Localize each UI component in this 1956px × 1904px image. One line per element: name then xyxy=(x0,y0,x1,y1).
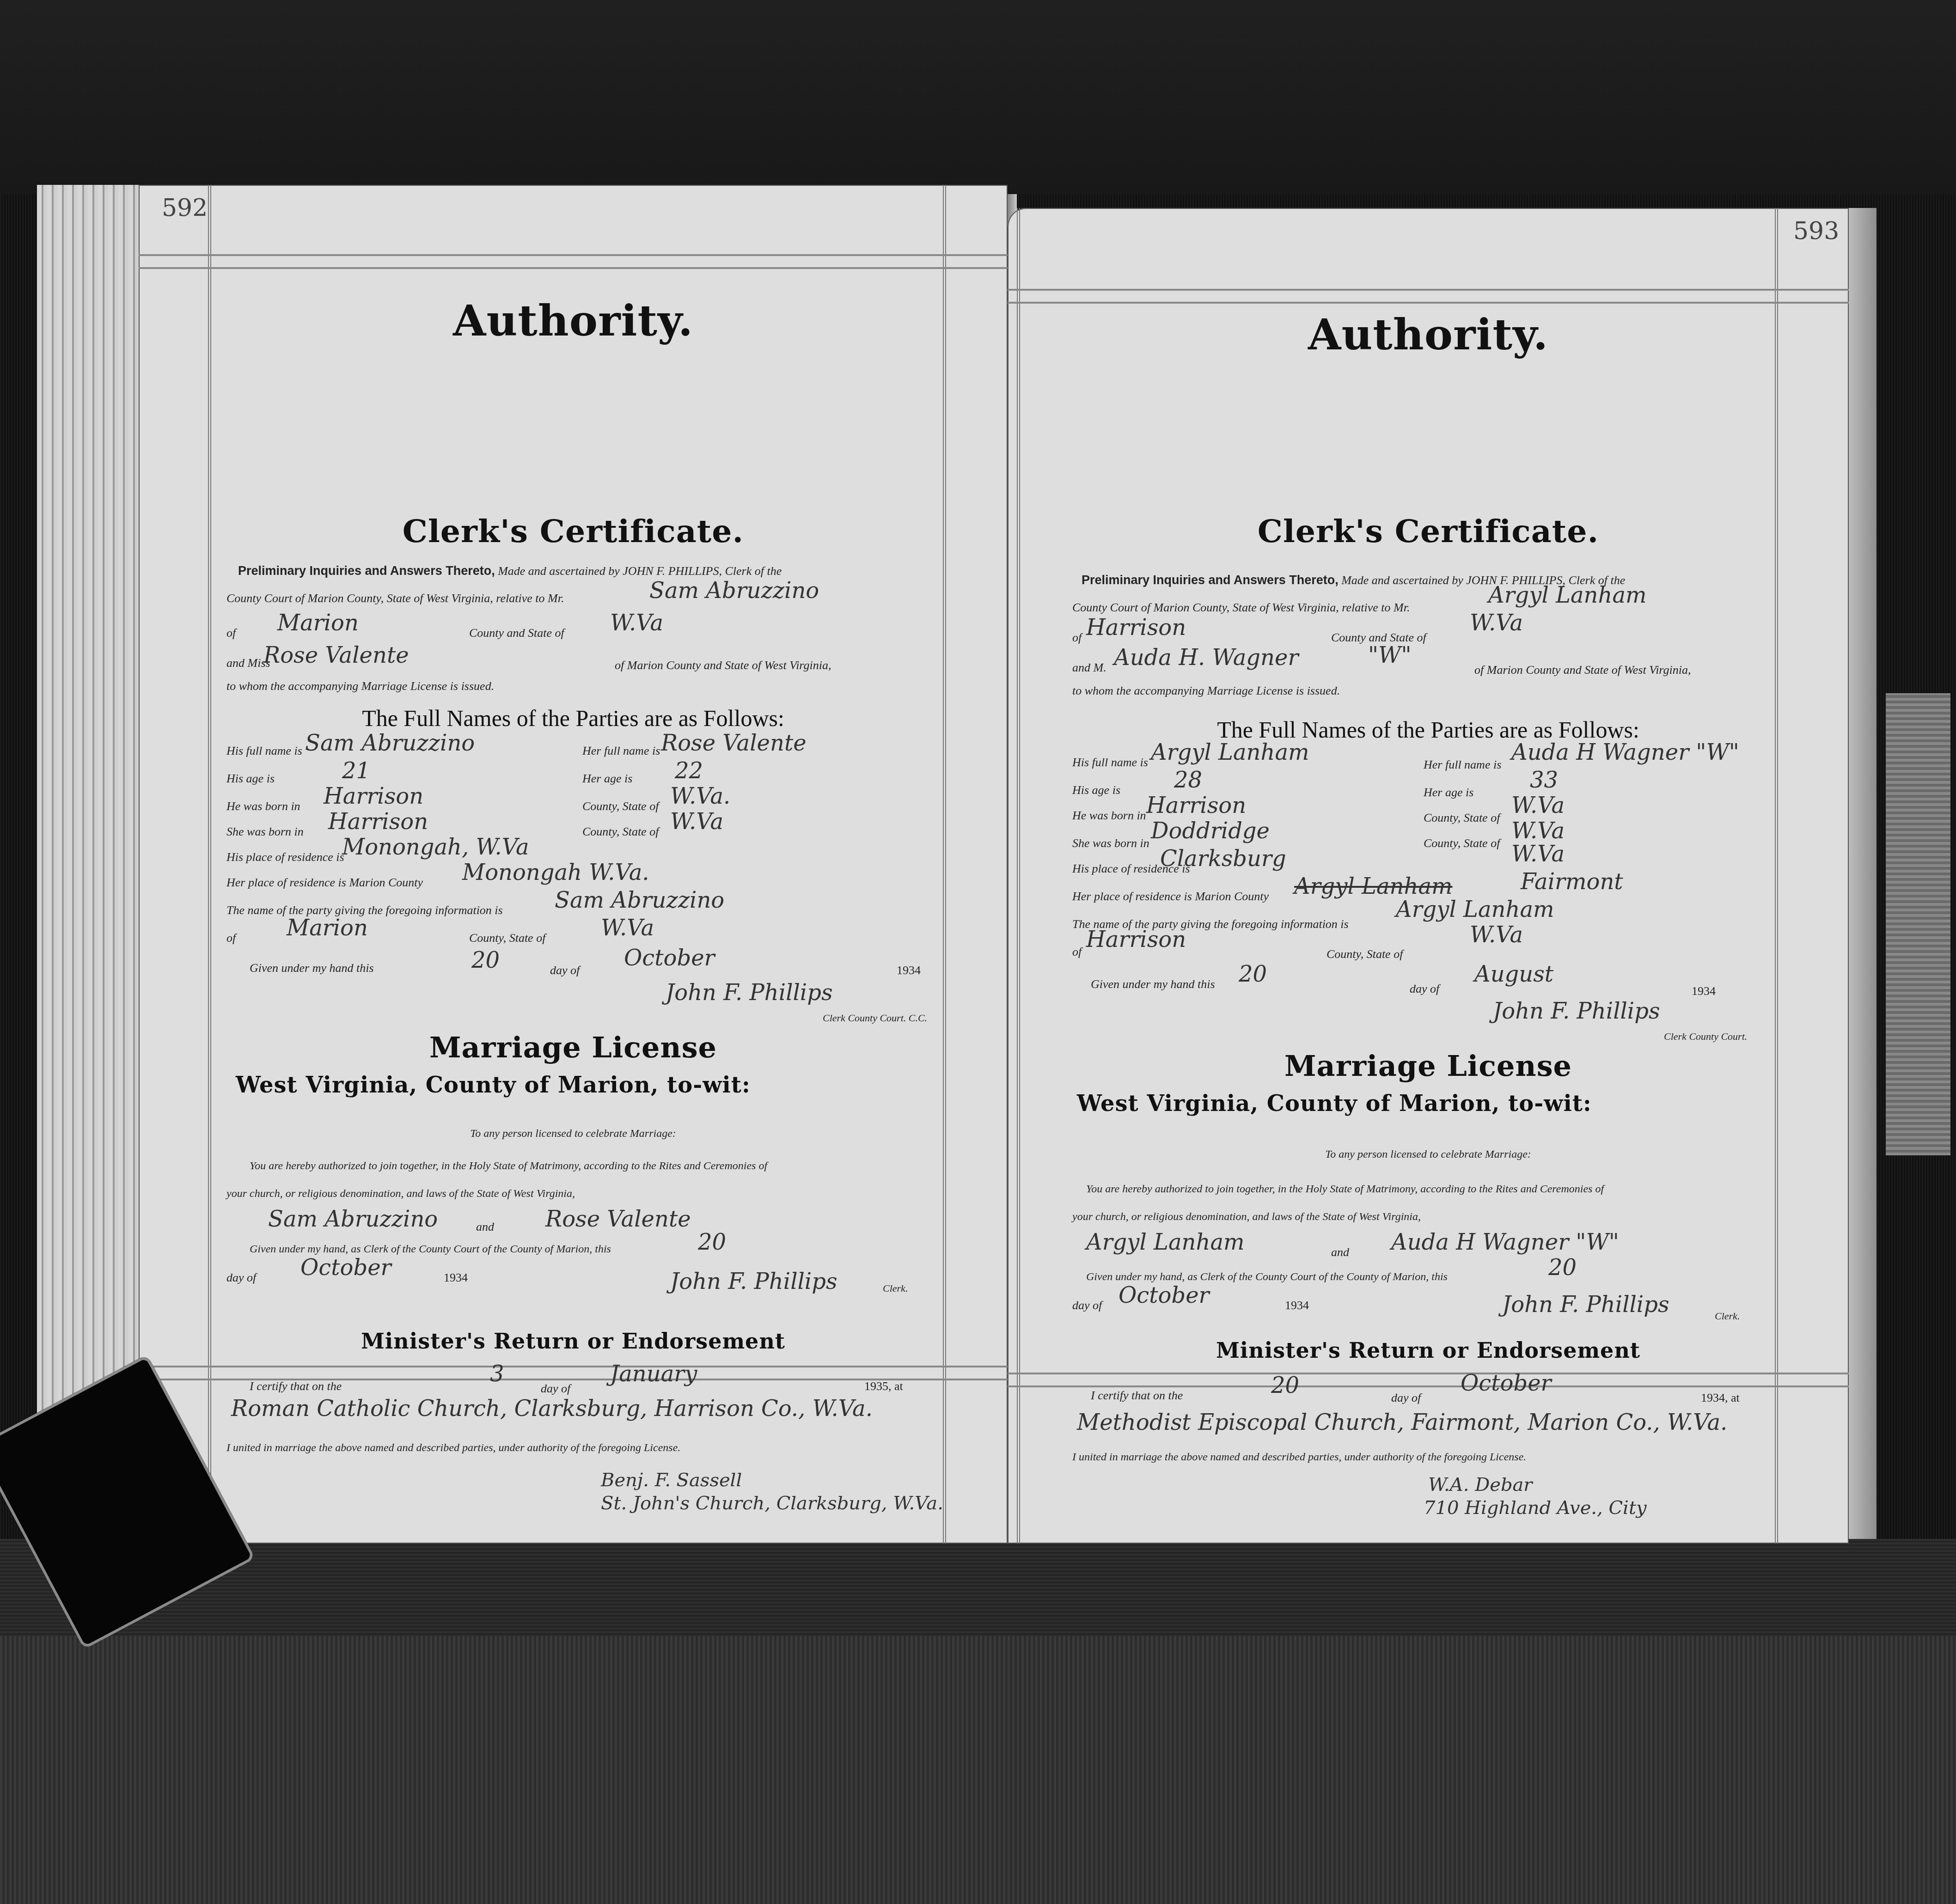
license-bride: Rose Valente xyxy=(545,1206,691,1232)
license-body-2: your church, or religious denomination, … xyxy=(1072,1211,1421,1223)
header-rule xyxy=(139,254,1008,269)
license-body-2: your church, or religious denomination, … xyxy=(226,1188,575,1200)
informant-of-label: of xyxy=(1072,945,1082,959)
her-age-label: Her age is xyxy=(582,772,632,786)
intro-line-1: Preliminary Inquiries and Answers Theret… xyxy=(238,564,782,578)
right-page: 593 Authority. Clerk's Certificate. Prel… xyxy=(1008,208,1849,1544)
her-age-label: Her age is xyxy=(1424,786,1473,799)
ceremony-place: Roman Catholic Church, Clarksburg, Harri… xyxy=(231,1396,873,1422)
license-day: 20 xyxy=(698,1229,726,1255)
her-full-name: Auda H Wagner "W" xyxy=(1511,739,1739,765)
his-full-name: Argyl Lanham xyxy=(1151,739,1309,765)
her-residence: Fairmont xyxy=(1521,869,1623,895)
minister-address: St. John's Church, Clarksburg, W.Va. xyxy=(601,1493,943,1514)
he-born-label: He was born in xyxy=(226,799,300,813)
clerks-certificate-heading: Clerk's Certificate. xyxy=(139,513,1008,550)
given-year: 1934 xyxy=(897,964,921,977)
marriage-license-heading: Marriage License xyxy=(139,1031,1008,1064)
minister-signature: Benj. F. Sassell xyxy=(601,1470,742,1491)
parties-heading: The Full Names of the Parties are as Fol… xyxy=(139,705,1008,732)
ceremony-year: 1934 xyxy=(1701,1391,1725,1404)
ceremony-year-group: 1934, at xyxy=(1701,1391,1740,1405)
state-county-line: West Virginia, County of Marion, to-wit: xyxy=(1077,1091,1592,1117)
and-label: and xyxy=(1331,1245,1349,1259)
of-label: of xyxy=(226,626,236,640)
to-whom-label: to whom the accompanying Marriage Licens… xyxy=(1072,684,1340,698)
license-day: 20 xyxy=(1548,1255,1577,1281)
informant-county: Marion xyxy=(287,915,368,941)
his-residence-state: W.Va xyxy=(1511,841,1565,867)
her-residence-label: Her place of residence is Marion County xyxy=(226,876,423,890)
his-age: 28 xyxy=(1174,767,1202,793)
clerk-signature: John F. Phillips xyxy=(1493,998,1660,1024)
her-full-name-label: Her full name is xyxy=(582,744,660,758)
given-label: Given under my hand this xyxy=(1091,977,1215,991)
license-groom: Sam Abruzzino xyxy=(268,1206,438,1232)
ceremony-day-of-label: day of xyxy=(541,1382,570,1396)
page-number: 592 xyxy=(162,194,208,222)
she-born-label: She was born in xyxy=(226,825,304,839)
given-label: Given under my hand this xyxy=(250,961,374,975)
he-born: Harrison xyxy=(324,783,423,809)
clerk-signature: John F. Phillips xyxy=(666,980,833,1006)
ceremony-day: 20 xyxy=(1271,1373,1299,1398)
certify-label: I certify that on the xyxy=(250,1379,342,1393)
her-residence-label: Her place of residence is Marion County xyxy=(1072,890,1269,903)
his-residence: Clarksburg xyxy=(1160,846,1286,872)
footer-rule xyxy=(1008,1373,1849,1387)
license-year: 1934 xyxy=(444,1271,468,1285)
she-state-label: County, State of xyxy=(1424,836,1500,850)
groom-county: Marion xyxy=(277,610,359,636)
given-day: 20 xyxy=(1239,961,1267,987)
her-full-name: Rose Valente xyxy=(661,730,807,756)
his-full-name: Sam Abruzzino xyxy=(305,730,475,756)
united-text: I united in marriage the above named and… xyxy=(1072,1451,1526,1464)
background-top xyxy=(0,0,1956,194)
minister-address: 710 Highland Ave., City xyxy=(1424,1497,1647,1519)
informant-state-label: County, State of xyxy=(1326,947,1403,961)
license-clerk-label: Clerk. xyxy=(883,1282,908,1294)
header-rule xyxy=(1008,289,1849,304)
his-age-label: His age is xyxy=(226,772,275,786)
she-state: W.Va xyxy=(670,809,723,835)
ceremony-year: 1935 xyxy=(864,1379,888,1393)
bride-name: Rose Valente xyxy=(263,642,409,668)
license-day-of-label: day of xyxy=(226,1271,256,1285)
authority-heading: Authority. xyxy=(139,296,1008,346)
bride-name: Auda H. Wagner xyxy=(1114,645,1298,671)
given-day: 20 xyxy=(471,947,500,973)
ceremony-day-of-label: day of xyxy=(1391,1391,1421,1405)
salutation: To any person licensed to celebrate Marr… xyxy=(1008,1148,1849,1161)
license-body-1: You are hereby authorized to join togeth… xyxy=(1086,1183,1604,1196)
his-age-label: His age is xyxy=(1072,783,1120,797)
ceremony-month: October xyxy=(1461,1370,1552,1396)
county-state-label: County and State of xyxy=(469,626,564,640)
minister-signature: W.A. Debar xyxy=(1428,1474,1532,1495)
ceremony-day: 3 xyxy=(490,1361,504,1387)
she-state-label: County, State of xyxy=(582,825,659,839)
she-born: Doddridge xyxy=(1151,818,1270,844)
he-state: W.Va xyxy=(1511,793,1565,818)
and-m-label: and M. xyxy=(1072,661,1106,675)
book-clip xyxy=(1886,693,1950,1155)
ceremony-place: Methodist Episcopal Church, Fairmont, Ma… xyxy=(1077,1410,1727,1435)
footer-rule xyxy=(139,1366,1008,1380)
license-signature: John F. Phillips xyxy=(670,1269,837,1294)
authority-heading: Authority. xyxy=(1008,310,1849,360)
groom-name: Argyl Lanham xyxy=(1488,582,1647,608)
intro-line-2: County Court of Marion County, State of … xyxy=(226,592,564,605)
informant: Argyl Lanham xyxy=(1396,897,1554,922)
license-given-label: Given under my hand, as Clerk of the Cou… xyxy=(250,1243,611,1256)
he-state-label: County, State of xyxy=(1424,811,1500,825)
at-label: , at xyxy=(888,1379,903,1393)
groom-name: Sam Abruzzino xyxy=(649,578,819,604)
his-full-name-label: His full name is xyxy=(226,744,302,758)
cloth-surface xyxy=(0,1636,1956,1904)
he-born-label: He was born in xyxy=(1072,809,1146,823)
license-given-label: Given under my hand, as Clerk of the Cou… xyxy=(1086,1271,1448,1283)
day-of-label: day of xyxy=(550,964,580,977)
given-year: 1934 xyxy=(1692,984,1716,998)
license-bride: Auda H Wagner "W" xyxy=(1391,1229,1619,1255)
right-page-edges xyxy=(1849,208,1877,1539)
she-born-label: She was born in xyxy=(1072,836,1149,850)
he-state: W.Va. xyxy=(670,783,730,809)
license-signature: John F. Phillips xyxy=(1502,1292,1669,1318)
ceremony-month: January xyxy=(610,1361,697,1387)
clerks-certificate-heading: Clerk's Certificate. xyxy=(1008,513,1849,550)
his-age: 21 xyxy=(342,758,370,784)
license-body-1: You are hereby authorized to join togeth… xyxy=(250,1160,767,1172)
groom-county: Harrison xyxy=(1086,615,1186,641)
salutation: To any person licensed to celebrate Marr… xyxy=(139,1128,1008,1140)
she-born: Harrison xyxy=(328,809,428,835)
marriage-license-heading: Marriage License xyxy=(1008,1049,1849,1083)
ministers-return-heading: Minister's Return or Endorsement xyxy=(1008,1338,1849,1363)
she-state: W.Va xyxy=(1511,818,1565,844)
he-state-label: County, State of xyxy=(582,799,659,813)
informant-county: Harrison xyxy=(1086,927,1186,952)
page-number: 593 xyxy=(1793,217,1839,245)
her-residence-struck: Argyl Lanham xyxy=(1294,873,1453,899)
he-born: Harrison xyxy=(1146,793,1246,818)
license-month: October xyxy=(1119,1282,1210,1308)
informant-of-label: of xyxy=(226,931,236,945)
clerk-title: Clerk County Court. C.C. xyxy=(823,1012,927,1024)
groom-state: W.Va xyxy=(1470,610,1523,636)
license-clerk-label: Clerk. xyxy=(1715,1310,1740,1322)
given-month: August xyxy=(1474,961,1553,987)
informant: Sam Abruzzino xyxy=(555,887,724,913)
certify-label: I certify that on the xyxy=(1091,1389,1183,1403)
and-label: and xyxy=(476,1220,494,1234)
left-page: 592 Authority. Clerk's Certificate. Prel… xyxy=(139,185,1008,1544)
his-residence-label: His place of residence is xyxy=(226,850,344,864)
of-label: of xyxy=(1072,631,1082,645)
license-month: October xyxy=(300,1255,391,1281)
her-residence: Monongah W.Va. xyxy=(462,860,649,885)
her-age: 33 xyxy=(1530,767,1558,793)
of-marion-label: of Marion County and State of West Virgi… xyxy=(615,659,831,672)
groom-state: W.Va xyxy=(610,610,663,636)
informant-state: W.Va xyxy=(1470,922,1523,948)
to-whom-label: to whom the accompanying Marriage Licens… xyxy=(226,679,494,693)
his-residence: Monongah, W.Va xyxy=(342,834,529,860)
ceremony-year-group: 1935, at xyxy=(864,1379,903,1393)
bride-state-note: "W" xyxy=(1368,642,1412,668)
state-county-line: West Virginia, County of Marion, to-wit: xyxy=(236,1072,751,1098)
license-year: 1934 xyxy=(1285,1299,1309,1312)
her-age: 22 xyxy=(675,758,703,784)
his-full-name-label: His full name is xyxy=(1072,756,1148,769)
license-day-of-label: day of xyxy=(1072,1299,1102,1312)
at-label: , at xyxy=(1725,1391,1740,1404)
ministers-return-heading: Minister's Return or Endorsement xyxy=(139,1329,1008,1354)
informant-state-label: County, State of xyxy=(469,931,545,945)
license-groom: Argyl Lanham xyxy=(1086,1229,1245,1255)
given-month: October xyxy=(624,945,715,971)
united-text: I united in marriage the above named and… xyxy=(226,1442,680,1454)
her-full-name-label: Her full name is xyxy=(1424,758,1501,772)
informant-state: W.Va xyxy=(601,915,654,941)
clerk-title: Clerk County Court. xyxy=(1664,1031,1747,1043)
day-of-label: day of xyxy=(1410,982,1439,996)
of-marion-label: of Marion County and State of West Virgi… xyxy=(1474,663,1691,677)
intro-line-2: County Court of Marion County, State of … xyxy=(1072,601,1410,615)
